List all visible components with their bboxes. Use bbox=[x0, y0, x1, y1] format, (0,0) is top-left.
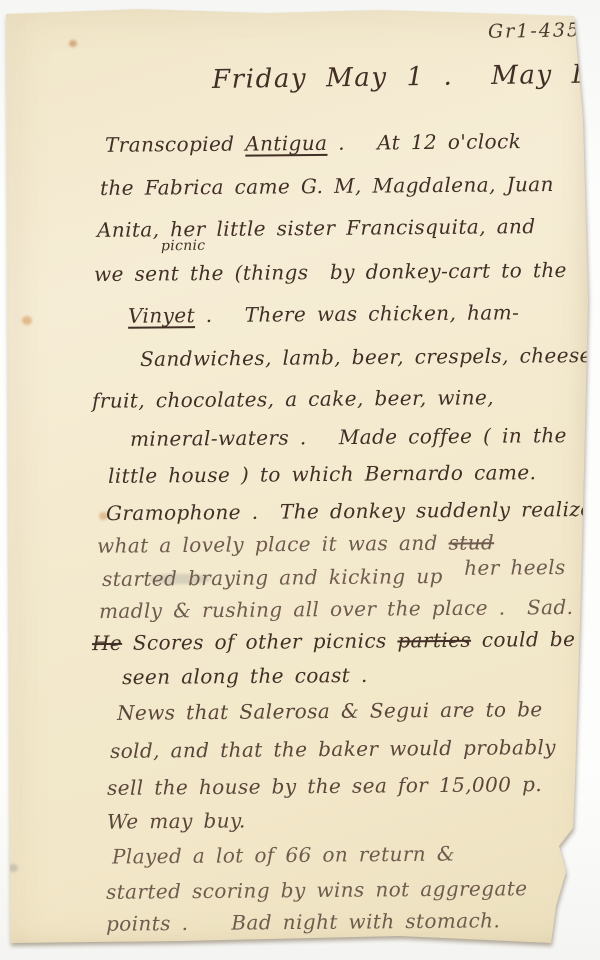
foxing-spot bbox=[22, 316, 32, 325]
manuscript-line: Played a lot of 66 on return & bbox=[112, 842, 455, 869]
manuscript-line: We may buy. bbox=[107, 808, 246, 833]
text-segment: Transcopied bbox=[105, 132, 245, 157]
text-segment: started braying and kicking up bbox=[102, 564, 464, 591]
struck-word: parties bbox=[397, 628, 471, 653]
manuscript-line: sold, and that the baker would probably bbox=[110, 735, 556, 763]
foxing-spot bbox=[69, 40, 77, 47]
struck-word: stud bbox=[448, 530, 494, 554]
raised-words: her heels bbox=[464, 555, 566, 580]
manuscript-line: sell the house by the sea for 15,000 p. bbox=[107, 772, 542, 800]
manuscript-line: started braying and kicking up her heels bbox=[102, 563, 566, 591]
underlined-word: Antigua bbox=[245, 131, 327, 156]
text-segment: sold, and that the baker would probably bbox=[110, 735, 556, 763]
text-segment: News that Salerosa & Segui are to be bbox=[117, 697, 543, 725]
paper-shadow-wrap: Gr1-435 Friday May 1 . May Day. picnic T… bbox=[0, 0, 600, 960]
manuscript-line: we sent the (things by donkey-cart to th… bbox=[94, 258, 567, 286]
text-segment: points . Bad night with stomach. bbox=[106, 908, 500, 935]
text-segment: fruit, chocolates, a cake, beer, wine, bbox=[92, 385, 494, 413]
text-segment: . At 12 o'clock bbox=[327, 129, 521, 155]
text-segment: we sent the (things by donkey-cart to th… bbox=[94, 258, 567, 286]
manuscript-line: what a lovely place it was and stud bbox=[97, 530, 494, 557]
text-segment: started scoring by wins not aggregate bbox=[106, 876, 528, 904]
underlined-word: Vinyet bbox=[128, 303, 195, 328]
manuscript-line: the Fabrica came G. M, Magdalena, Juan bbox=[100, 172, 554, 200]
archive-reference: Gr1-435 bbox=[488, 19, 581, 43]
text-segment: Sandwiches, lamb, beer, crespels, cheese bbox=[140, 343, 592, 371]
manuscript-line: mineral-waters . Made coffee ( in the bbox=[130, 423, 567, 451]
entry-heading: Friday May 1 . May Day. bbox=[212, 59, 600, 95]
text-segment: the Fabrica came G. M, Magdalena, Juan bbox=[100, 172, 554, 200]
manuscript-line: Transcopied Antigua . At 12 o'clock bbox=[105, 129, 521, 157]
text-segment: little house ) to which Bernardo came. bbox=[108, 460, 536, 488]
manuscript-line: started scoring by wins not aggregate bbox=[106, 876, 528, 904]
text-segment: what a lovely place it was and bbox=[97, 531, 449, 558]
manuscript-line: He Scores of other picnics parties could… bbox=[92, 627, 576, 655]
manuscript-line: Vinyet . There was chicken, ham- bbox=[128, 300, 519, 327]
text-segment: Gramophone . The donkey suddenly realize… bbox=[106, 497, 600, 525]
manuscript-page: Gr1-435 Friday May 1 . May Day. picnic T… bbox=[0, 0, 600, 960]
text-segment: madly & rushing all over the place . Sad… bbox=[99, 595, 574, 623]
manuscript-line: fruit, chocolates, a cake, beer, wine, bbox=[92, 385, 494, 413]
manuscript-line: madly & rushing all over the place . Sad… bbox=[99, 595, 574, 623]
text-segment: Scores of other picnics bbox=[122, 628, 398, 654]
manuscript-line: little house ) to which Bernardo came. bbox=[108, 460, 536, 488]
text-segment: sell the house by the sea for 15,000 p. bbox=[107, 772, 542, 800]
scan-background: Gr1-435 Friday May 1 . May Day. picnic T… bbox=[0, 0, 600, 960]
manuscript-line: News that Salerosa & Segui are to be bbox=[117, 697, 543, 725]
manuscript-line: Gramophone . The donkey suddenly realize… bbox=[106, 497, 600, 525]
text-segment: seen along the coast . bbox=[122, 663, 368, 689]
text-segment: We may buy. bbox=[107, 808, 246, 833]
text-segment: mineral-waters . Made coffee ( in the bbox=[130, 423, 567, 451]
manuscript-line: points . Bad night with stomach. bbox=[106, 908, 500, 935]
manuscript-line: Anita, her little sister Francisquita, a… bbox=[97, 214, 536, 242]
text-segment: could be bbox=[471, 627, 575, 652]
text-segment: Anita, her little sister Francisquita, a… bbox=[97, 214, 536, 242]
manuscript-line: seen along the coast . bbox=[122, 663, 368, 689]
manuscript-line: Sandwiches, lamb, beer, crespels, cheese bbox=[140, 343, 592, 371]
text-segment: . There was chicken, ham- bbox=[195, 300, 519, 327]
text-segment: Played a lot of 66 on return & bbox=[112, 842, 455, 869]
smudge-mark bbox=[8, 864, 18, 872]
struck-word: He bbox=[92, 631, 122, 655]
